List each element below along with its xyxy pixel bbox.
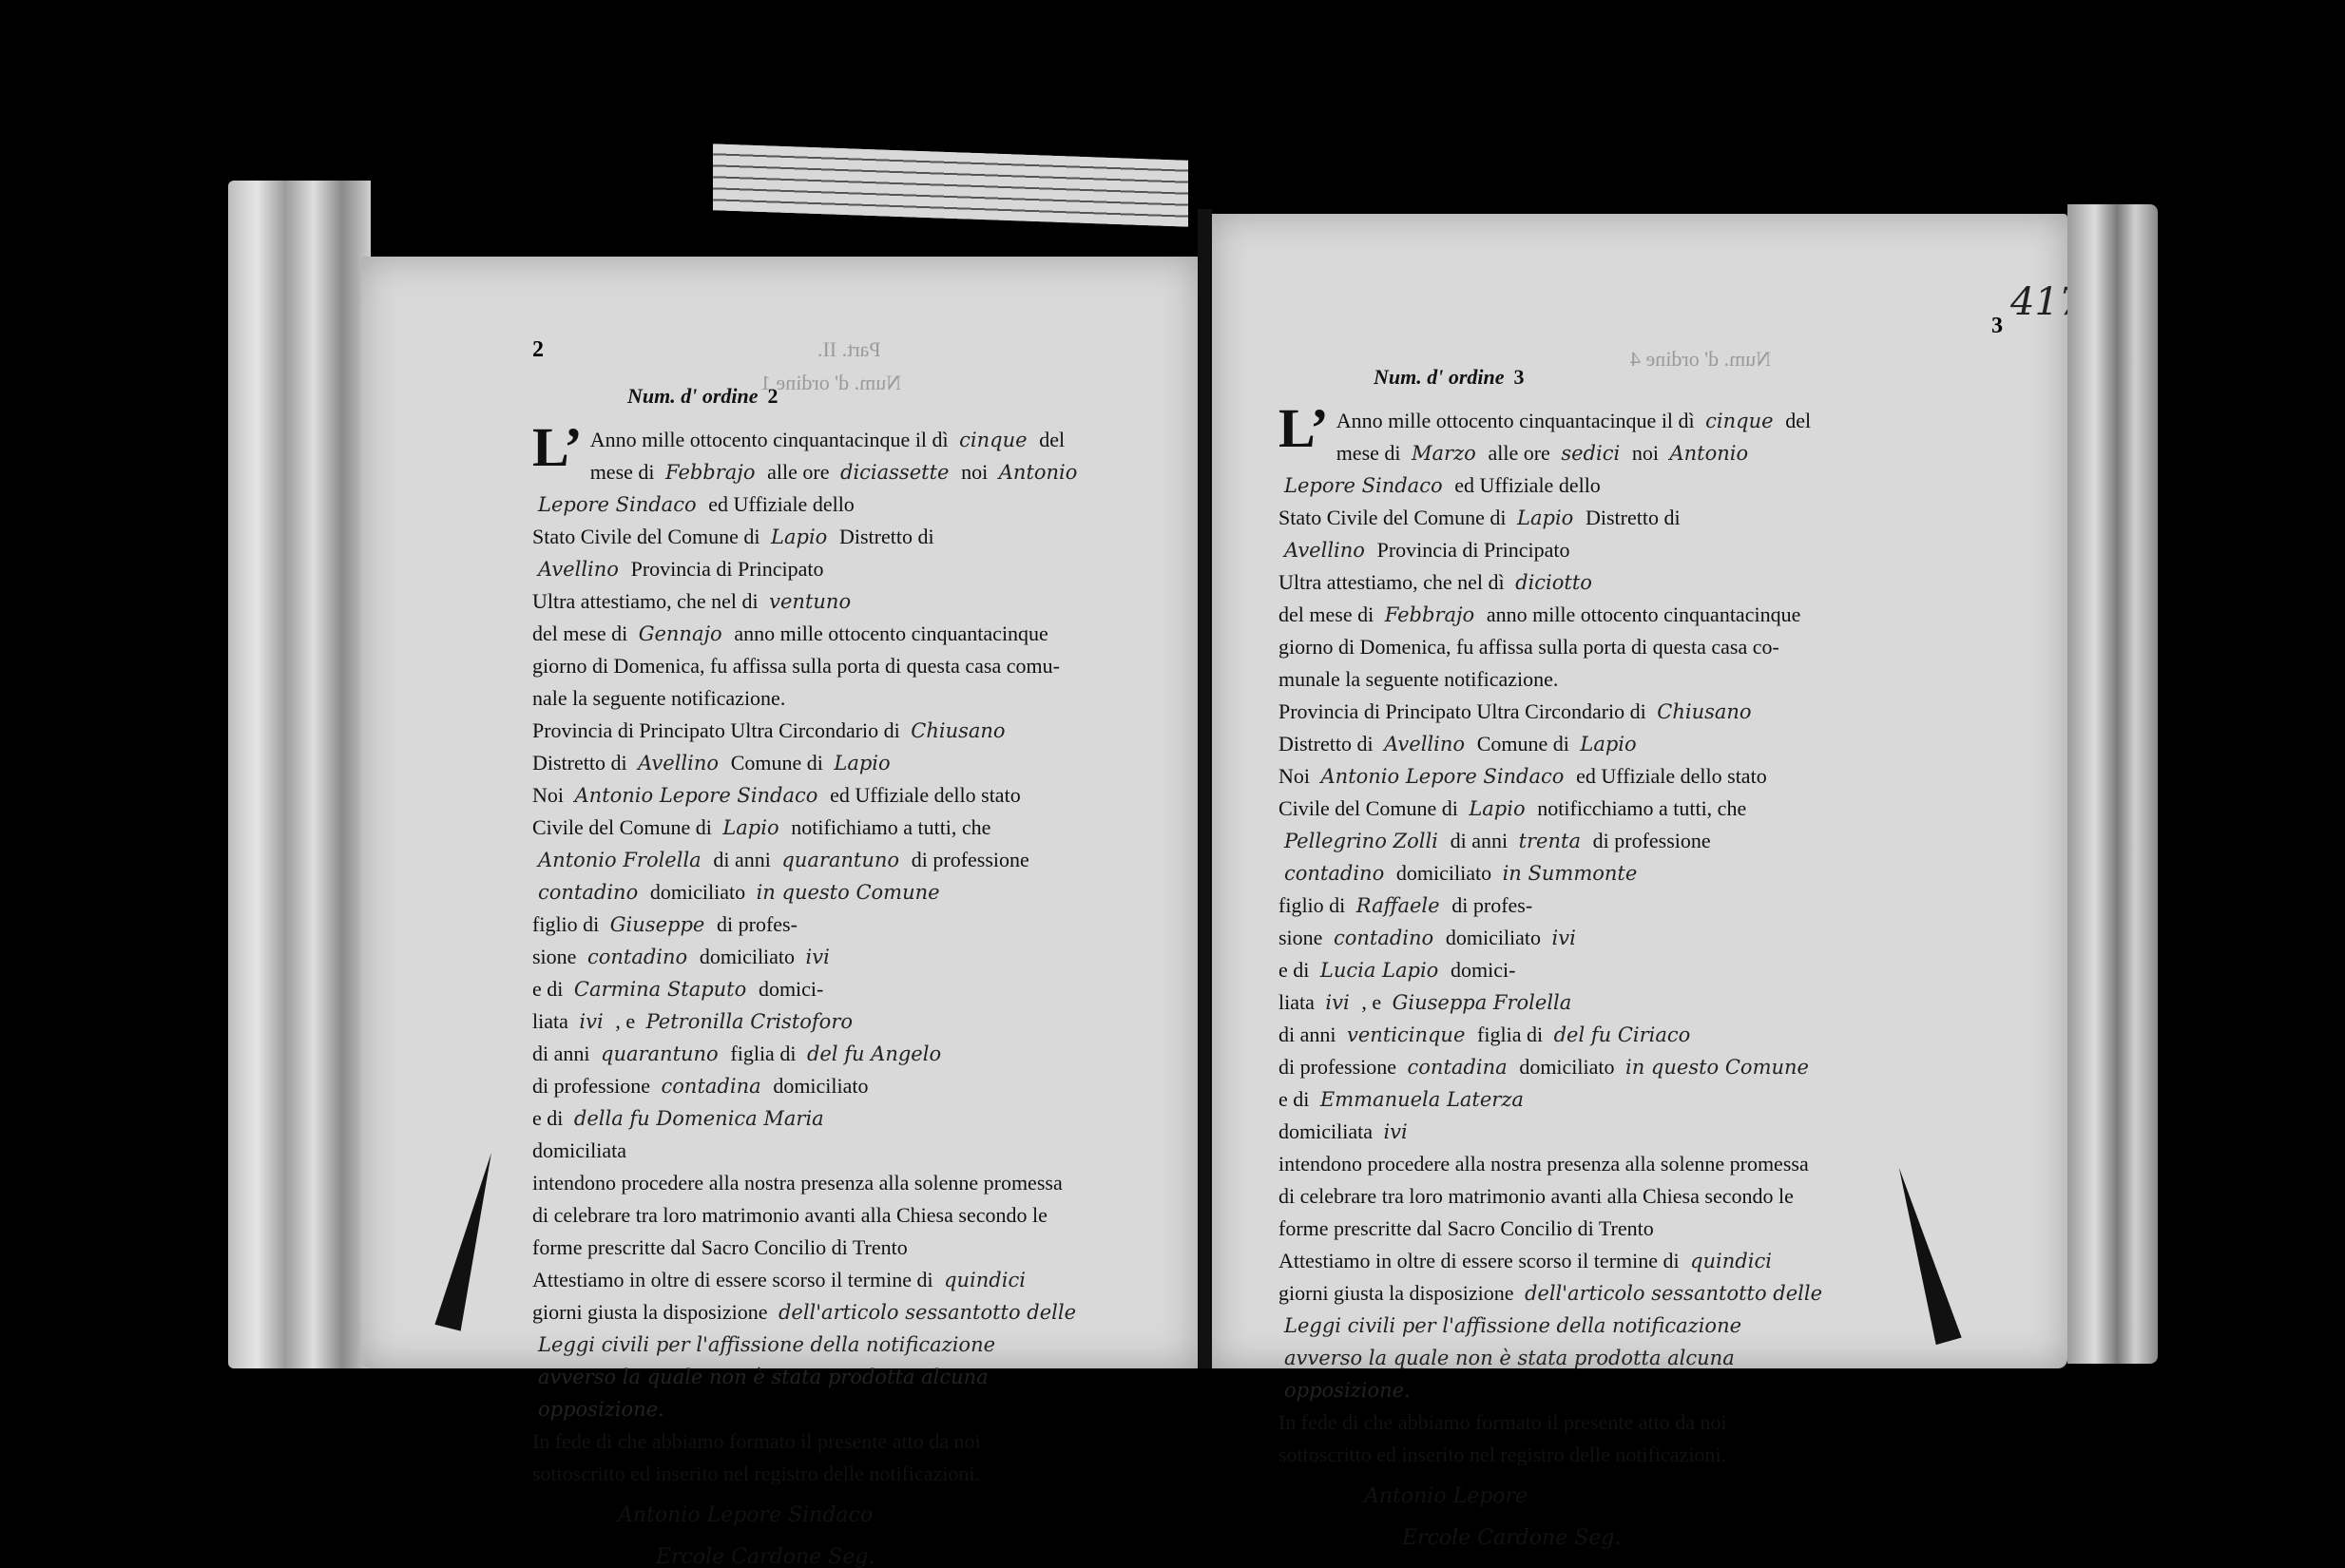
printed-text: e di bbox=[532, 977, 568, 1001]
handwritten-entry: Antonio bbox=[1663, 442, 1754, 465]
printed-text: giorno di Domenica, fu affissa sulla por… bbox=[532, 654, 1060, 678]
printed-text: giorni giusta la disposizione bbox=[532, 1300, 773, 1324]
record-line: sottoscritto ed inserito nel registro de… bbox=[1278, 1439, 1982, 1471]
handwritten-entry: Emmanuela Laterza bbox=[1315, 1088, 1529, 1111]
record-line: di professione contadina domiciliato in … bbox=[1278, 1051, 1982, 1083]
record-line: liata ivi , e Giuseppa Frolella bbox=[1278, 986, 1982, 1019]
printed-text: notifichiamo a tutti, che bbox=[791, 815, 990, 839]
printed-text: di anni bbox=[1278, 1023, 1341, 1046]
printed-text: figlia di bbox=[730, 1042, 801, 1065]
printed-text: domiciliato bbox=[1396, 861, 1497, 885]
record-line: Provincia di Principato Ultra Circondari… bbox=[532, 715, 1198, 747]
printed-text: domici- bbox=[759, 977, 823, 1001]
handwritten-entry: diciassette bbox=[835, 461, 961, 484]
handwritten-entry: Lucia Lapio bbox=[1315, 959, 1451, 982]
handwritten-entry: avverso la quale non è stata prodotta al… bbox=[532, 1366, 994, 1388]
printed-text: Distretto di bbox=[1278, 732, 1378, 755]
handwritten-entry: Lepore Sindaco bbox=[1278, 474, 1454, 497]
printed-text: , e bbox=[615, 1009, 640, 1033]
handwritten-entry: Lapio bbox=[828, 752, 895, 774]
printed-text: alle ore bbox=[767, 460, 835, 484]
handwritten-entry: venticinque bbox=[1341, 1023, 1477, 1046]
record-lines: Anno mille ottocento cinquantacinque il … bbox=[1278, 405, 1982, 1471]
record-line: giorno di Domenica, fu affissa sulla por… bbox=[532, 650, 1198, 682]
printed-text: Noi bbox=[532, 783, 569, 807]
record-line: di celebrare tra loro matrimonio avanti … bbox=[532, 1199, 1198, 1232]
printed-text: e di bbox=[532, 1106, 568, 1130]
record-line: mese di Febbrajo alle ore diciassette no… bbox=[532, 456, 1198, 488]
record-line: figlio di Giuseppe di profes- bbox=[532, 908, 1198, 941]
record-line: contadino domiciliato in questo Comune bbox=[532, 876, 1198, 908]
printed-text: di professione bbox=[1593, 829, 1711, 852]
handwritten-entry: Febbrajo bbox=[1379, 603, 1487, 626]
handwritten-entry: ivi bbox=[573, 1010, 615, 1033]
printed-text: Provincia di Principato bbox=[631, 557, 824, 581]
printed-text: noi bbox=[961, 460, 993, 484]
printed-text: Stato Civile del Comune di bbox=[1278, 506, 1511, 529]
ordine-label: Num. d' ordine bbox=[627, 384, 759, 408]
record-line: e di Emmanuela Laterza bbox=[1278, 1083, 1982, 1116]
handwritten-entry: ivi bbox=[1377, 1120, 1413, 1143]
printed-text: anno mille ottocento cinquantacinque bbox=[734, 621, 1048, 645]
record-line: Provincia di Principato Ultra Circondari… bbox=[1278, 696, 1982, 728]
record-line: e di Carmina Staputo domici- bbox=[532, 973, 1198, 1005]
printed-text: di professione bbox=[912, 848, 1029, 871]
ordine-number: 2 bbox=[768, 384, 778, 408]
handwritten-entry: Lapio bbox=[765, 526, 839, 548]
handwritten-entry: della fu Domenica Maria bbox=[568, 1107, 830, 1130]
record-line: Stato Civile del Comune di Lapio Distret… bbox=[532, 521, 1198, 553]
printed-text: notificchiamo a tutti, che bbox=[1537, 796, 1746, 820]
record-line: giorni giusta la disposizione dell'artic… bbox=[1278, 1277, 1982, 1310]
record-line: di anni quarantuno figlia di del fu Ange… bbox=[532, 1038, 1198, 1070]
handwritten-entry: Chiusano bbox=[1651, 700, 1757, 723]
printed-text: Circondario di bbox=[1525, 699, 1651, 723]
printed-text: liata bbox=[1278, 990, 1319, 1014]
handwritten-entry: ivi bbox=[800, 946, 836, 968]
mayor-signature: Antonio Lepore bbox=[1278, 1481, 1982, 1513]
printed-text: domiciliato bbox=[700, 945, 800, 968]
printed-text: di profes- bbox=[717, 912, 798, 936]
handwritten-entry: diciotto bbox=[1509, 571, 1598, 594]
printed-text: giorno di Domenica, fu affissa sulla por… bbox=[1278, 635, 1779, 659]
printed-text: Attestiamo in oltre di essere scorso il … bbox=[1278, 1249, 1684, 1272]
record-line: Lepore Sindaco ed Uffiziale dello bbox=[1278, 469, 1982, 502]
record-line: domiciliata ivi bbox=[1278, 1116, 1982, 1148]
record-line: domiciliata bbox=[532, 1135, 1198, 1167]
record-line: mese di Marzo alle ore sedici noi Antoni… bbox=[1278, 437, 1982, 469]
handwritten-entry: opposizione. bbox=[532, 1398, 670, 1421]
record-line: Attestiamo in oltre di essere scorso il … bbox=[1278, 1245, 1982, 1277]
handwritten-entry: del fu Ciriaco bbox=[1548, 1023, 1697, 1046]
record-line: intendono procedere alla nostra presenza… bbox=[1278, 1148, 1982, 1180]
printed-text: ed Uffiziale dello stato bbox=[1576, 764, 1767, 788]
record-line: sottoscritto ed inserito nel registro de… bbox=[532, 1458, 1198, 1490]
printed-text: di anni bbox=[713, 848, 776, 871]
record-line: Civile del Comune di Lapio notifichiamo … bbox=[532, 812, 1198, 844]
handwritten-entry: opposizione. bbox=[1278, 1379, 1416, 1402]
drop-cap: L’ bbox=[1278, 405, 1329, 452]
handwritten-entry: quindici bbox=[938, 1269, 1031, 1291]
record-line: sione contadino domiciliato ivi bbox=[532, 941, 1198, 973]
printed-text: di anni bbox=[532, 1042, 595, 1065]
printed-text: figlio di bbox=[532, 912, 605, 936]
printed-text: Circondario di bbox=[778, 718, 905, 742]
handwritten-entry: cinque bbox=[953, 429, 1039, 451]
printed-text: Attestiamo in oltre di essere scorso il … bbox=[532, 1268, 938, 1291]
handwritten-entry: trenta bbox=[1513, 830, 1593, 852]
record-line: sione contadino domiciliato ivi bbox=[1278, 922, 1982, 954]
printed-text: Noi bbox=[1278, 764, 1316, 788]
printed-text: figlia di bbox=[1477, 1023, 1548, 1046]
printed-text: figlio di bbox=[1278, 893, 1351, 917]
printed-text: , e bbox=[1361, 990, 1386, 1014]
printed-text: munale la seguente notificazione. bbox=[1278, 667, 1558, 691]
record-line: Noi Antonio Lepore Sindaco ed Uffiziale … bbox=[1278, 760, 1982, 793]
printed-text: di celebrare tra loro matrimonio avanti … bbox=[1278, 1184, 1794, 1208]
printed-text: di celebrare tra loro matrimonio avanti … bbox=[532, 1203, 1048, 1227]
handwritten-entry: Avellino bbox=[632, 752, 731, 774]
printed-text: del mese di bbox=[532, 621, 633, 645]
printed-text: liata bbox=[532, 1009, 573, 1033]
handwritten-entry: contadino bbox=[1328, 927, 1446, 949]
handwritten-entry: cinque bbox=[1700, 410, 1785, 432]
record-line: Lepore Sindaco ed Uffiziale dello bbox=[532, 488, 1198, 521]
printed-text: mese di bbox=[590, 460, 660, 484]
handwritten-entry: in questo Comune bbox=[1620, 1056, 1815, 1079]
printed-text: Civile del Comune di bbox=[1278, 796, 1463, 820]
printed-text: giorni giusta la disposizione bbox=[1278, 1281, 1519, 1305]
handwritten-entry: del fu Angelo bbox=[801, 1042, 947, 1065]
record-line: di professione contadina domiciliato bbox=[532, 1070, 1198, 1102]
handwritten-entry: quarantuno bbox=[776, 849, 911, 871]
right-page: 3 Num. d' ordine 4 417 Num. d' ordine3 L… bbox=[1212, 214, 2067, 1368]
page-clip bbox=[434, 1149, 504, 1330]
handwritten-entry: Carmina Staputo bbox=[568, 978, 759, 1001]
printed-text: domiciliata bbox=[532, 1138, 626, 1162]
printed-text: intendono procedere alla nostra presenza… bbox=[1278, 1152, 1809, 1176]
printed-text: e di bbox=[1278, 958, 1315, 982]
handwritten-entry: quarantuno bbox=[595, 1042, 730, 1065]
printed-text: Provincia di Principato Ultra bbox=[532, 718, 778, 742]
record-line: avverso la quale non è stata prodotta al… bbox=[532, 1361, 1198, 1393]
handwritten-entry: Giuseppa Frolella bbox=[1387, 991, 1578, 1014]
open-register-book: 2 Part. II. Num. d' ordine 1 Num. d' ord… bbox=[228, 152, 2158, 1378]
record-line: In fede di che abbiamo formato il presen… bbox=[532, 1425, 1198, 1458]
printed-text: del mese di bbox=[1278, 602, 1379, 626]
printed-text: mese di bbox=[1336, 441, 1406, 465]
drop-cap: L’ bbox=[532, 424, 583, 471]
record-line: forme prescritte dal Sacro Concilio di T… bbox=[532, 1232, 1198, 1264]
printed-text: anno mille ottocento cinquantacinque bbox=[1487, 602, 1801, 626]
printed-text: ed Uffiziale dello bbox=[708, 492, 855, 516]
ordine-number: 3 bbox=[1514, 365, 1525, 389]
record-line: Ultra attestiamo, che nel di ventuno bbox=[532, 585, 1198, 618]
handwritten-entry: Antonio bbox=[993, 461, 1084, 484]
record-line: Avellino Provincia di Principato bbox=[1278, 534, 1982, 566]
printed-text: Distretto di bbox=[839, 525, 934, 548]
secretary-signature: Ercole Cardone Seg. bbox=[1278, 1522, 1982, 1555]
printed-text: Comune di bbox=[1477, 732, 1575, 755]
handwritten-entry: Febbrajo bbox=[660, 461, 767, 484]
left-page-edges bbox=[228, 181, 371, 1368]
record-line: Leggi civili per l'affissione della noti… bbox=[532, 1329, 1198, 1361]
record-line: opposizione. bbox=[532, 1393, 1198, 1425]
record-line: In fede di che abbiamo formato il presen… bbox=[1278, 1406, 1982, 1439]
record-line: Avellino Provincia di Principato bbox=[532, 553, 1198, 585]
handwritten-entry: Lapio bbox=[1463, 797, 1537, 820]
record-lines: Anno mille ottocento cinquantacinque il … bbox=[532, 424, 1198, 1490]
record-line: nale la seguente notificazione. bbox=[532, 682, 1198, 715]
handwritten-entry: avverso la quale non è stata prodotta al… bbox=[1278, 1347, 1740, 1369]
printed-text: e di bbox=[1278, 1087, 1315, 1111]
printed-text: domici- bbox=[1451, 958, 1515, 982]
handwritten-entry: contadino bbox=[582, 946, 700, 968]
printed-text: di anni bbox=[1451, 829, 1513, 852]
printed-text: sottoscritto ed inserito nel registro de… bbox=[1278, 1443, 1726, 1466]
printed-text: noi bbox=[1632, 441, 1664, 465]
record-line: Leggi civili per l'affissione della noti… bbox=[1278, 1310, 1982, 1342]
handwritten-entry: Gennajo bbox=[633, 622, 735, 645]
printed-text: domiciliato bbox=[650, 880, 751, 904]
handwritten-entry: Giuseppe bbox=[605, 913, 717, 936]
record-line: Stato Civile del Comune di Lapio Distret… bbox=[1278, 502, 1982, 534]
handwritten-entry: Raffaele bbox=[1351, 894, 1451, 917]
handwritten-entry: Antonio Lepore Sindaco bbox=[569, 784, 831, 807]
record-line: forme prescritte dal Sacro Concilio di T… bbox=[1278, 1213, 1982, 1245]
page-number: 2 bbox=[532, 337, 544, 363]
record-line: avverso la quale non è stata prodotta al… bbox=[1278, 1342, 1982, 1374]
printed-text: Anno mille ottocento cinquantacinque il … bbox=[590, 428, 953, 451]
handwritten-entry: dell'articolo sessantotto delle bbox=[1519, 1282, 1828, 1305]
printed-text: di profes- bbox=[1451, 893, 1532, 917]
left-record-text: Num. d' ordine2 L’ Anno mille ottocento … bbox=[532, 380, 1198, 1568]
record-line: di celebrare tra loro matrimonio avanti … bbox=[1278, 1180, 1982, 1213]
left-page: 2 Part. II. Num. d' ordine 1 Num. d' ord… bbox=[361, 257, 1198, 1368]
handwritten-entry: Lapio bbox=[1574, 733, 1642, 755]
record-line: e di Lucia Lapio domici- bbox=[1278, 954, 1982, 986]
right-record-text: Num. d' ordine3 L’ Anno mille ottocento … bbox=[1278, 361, 1982, 1555]
handwritten-entry: ivi bbox=[1319, 991, 1361, 1014]
printed-text: Ultra attestiamo, che nel di bbox=[532, 589, 763, 613]
printed-text: Civile del Comune di bbox=[532, 815, 717, 839]
handwritten-entry: ivi bbox=[1547, 927, 1582, 949]
record-line: Antonio Frolella di anni quarantuno di p… bbox=[532, 844, 1198, 876]
printed-text: Stato Civile del Comune di bbox=[532, 525, 765, 548]
printed-text: alle ore bbox=[1488, 441, 1555, 465]
printed-text: domiciliato bbox=[773, 1074, 868, 1098]
printed-text: sione bbox=[532, 945, 582, 968]
record-line: Distretto di Avellino Comune di Lapio bbox=[532, 747, 1198, 779]
printed-text: Provincia di Principato Ultra bbox=[1278, 699, 1525, 723]
right-page-edges bbox=[2067, 204, 2158, 1364]
printed-text: forme prescritte dal Sacro Concilio di T… bbox=[532, 1235, 908, 1259]
record-line: giorno di Domenica, fu affissa sulla por… bbox=[1278, 631, 1982, 663]
handwritten-entry: dell'articolo sessantotto delle bbox=[773, 1301, 1082, 1324]
record-line: Noi Antonio Lepore Sindaco ed Uffiziale … bbox=[532, 779, 1198, 812]
printed-text: ed Uffiziale dello bbox=[1454, 473, 1601, 497]
handwritten-entry: Marzo bbox=[1406, 442, 1488, 465]
printed-text: domiciliata bbox=[1278, 1119, 1377, 1143]
secretary-signature: Ercole Cardone Seg. bbox=[532, 1541, 1198, 1568]
ordine-label: Num. d' ordine bbox=[1374, 365, 1505, 389]
printed-text: nale la seguente notificazione. bbox=[532, 686, 785, 710]
record-line: contadino domiciliato in Summonte bbox=[1278, 857, 1982, 889]
record-line: figlio di Raffaele di profes- bbox=[1278, 889, 1982, 922]
handwritten-entry: Leggi civili per l'affissione della noti… bbox=[532, 1333, 1001, 1356]
printed-text: del bbox=[1039, 428, 1065, 451]
printed-text: Provincia di Principato bbox=[1377, 538, 1570, 562]
page-number: 3 bbox=[1991, 314, 2003, 339]
handwritten-entry: Petronilla Cristoforo bbox=[641, 1010, 858, 1033]
handwritten-entry: Chiusano bbox=[905, 719, 1010, 742]
book-spine bbox=[1198, 209, 1212, 1368]
ordine-heading: Num. d' ordine3 bbox=[1374, 361, 1982, 393]
printed-text: Anno mille ottocento cinquantacinque il … bbox=[1336, 409, 1700, 432]
handwritten-entry: in Summonte bbox=[1497, 862, 1643, 885]
printed-text: domiciliato bbox=[1446, 926, 1547, 949]
handwritten-entry: quindici bbox=[1684, 1250, 1778, 1272]
record-line: opposizione. bbox=[1278, 1374, 1982, 1406]
record-line: Ultra attestiamo, che nel dì diciotto bbox=[1278, 566, 1982, 599]
handwritten-entry: contadina bbox=[656, 1075, 774, 1098]
handwritten-entry: Leggi civili per l'affissione della noti… bbox=[1278, 1314, 1747, 1337]
handwritten-entry: Lepore Sindaco bbox=[532, 493, 708, 516]
printed-text: In fede di che abbiamo formato il presen… bbox=[1278, 1410, 1727, 1434]
printed-text: Ultra attestiamo, che nel dì bbox=[1278, 570, 1509, 594]
printed-text: ed Uffiziale dello stato bbox=[830, 783, 1021, 807]
record-line: liata ivi , e Petronilla Cristoforo bbox=[532, 1005, 1198, 1038]
record-line: Distretto di Avellino Comune di Lapio bbox=[1278, 728, 1982, 760]
record-line: di anni venticinque figlia di del fu Cir… bbox=[1278, 1019, 1982, 1051]
record-line: Anno mille ottocento cinquantacinque il … bbox=[532, 424, 1198, 456]
handwritten-entry: Avellino bbox=[532, 558, 631, 581]
handwritten-entry: contadino bbox=[1278, 862, 1396, 885]
printed-text: intendono procedere alla nostra presenza… bbox=[532, 1171, 1063, 1195]
handwritten-entry: ventuno bbox=[763, 590, 856, 613]
record-line: del mese di Gennajo anno mille ottocento… bbox=[532, 618, 1198, 650]
handwritten-entry: Lapio bbox=[717, 816, 791, 839]
printed-text: di professione bbox=[1278, 1055, 1402, 1079]
printed-text: Distretto di bbox=[1586, 506, 1681, 529]
printed-text: Distretto di bbox=[532, 751, 632, 774]
handwritten-entry: Antonio Lepore Sindaco bbox=[1316, 765, 1577, 788]
record-line: Pellegrino Zolli di anni trenta di profe… bbox=[1278, 825, 1982, 857]
bleed-through-header: Part. II. bbox=[817, 337, 881, 362]
record-line: intendono procedere alla nostra presenza… bbox=[532, 1167, 1198, 1199]
handwritten-entry: Lapio bbox=[1511, 507, 1586, 529]
record-line: Anno mille ottocento cinquantacinque il … bbox=[1278, 405, 1982, 437]
handwritten-entry: sedici bbox=[1555, 442, 1632, 465]
ordine-heading: Num. d' ordine2 bbox=[627, 380, 1198, 412]
record-line: e di della fu Domenica Maria bbox=[532, 1102, 1198, 1135]
record-line: Attestiamo in oltre di essere scorso il … bbox=[532, 1264, 1198, 1296]
handwritten-entry: Antonio Frolella bbox=[532, 849, 713, 871]
handwritten-entry: contadina bbox=[1402, 1056, 1520, 1079]
record-line: Civile del Comune di Lapio notificchiamo… bbox=[1278, 793, 1982, 825]
printed-text: In fede di che abbiamo formato il presen… bbox=[532, 1429, 981, 1453]
handwritten-entry: Avellino bbox=[1378, 733, 1477, 755]
printed-text: Comune di bbox=[731, 751, 829, 774]
handwritten-entry: contadino bbox=[532, 881, 650, 904]
printed-text: domiciliato bbox=[1519, 1055, 1620, 1079]
record-line: munale la seguente notificazione. bbox=[1278, 663, 1982, 696]
printed-text: del bbox=[1785, 409, 1811, 432]
mayor-signature: Antonio Lepore Sindaco bbox=[532, 1500, 1198, 1532]
printed-text: sione bbox=[1278, 926, 1328, 949]
record-line: del mese di Febbrajo anno mille ottocent… bbox=[1278, 599, 1982, 631]
handwritten-entry: Pellegrino Zolli bbox=[1278, 830, 1451, 852]
printed-text: forme prescritte dal Sacro Concilio di T… bbox=[1278, 1216, 1654, 1240]
printed-text: sottoscritto ed inserito nel registro de… bbox=[532, 1462, 980, 1485]
handwritten-entry: in questo Comune bbox=[751, 881, 946, 904]
printed-text: di professione bbox=[532, 1074, 656, 1098]
top-page-edges bbox=[713, 143, 1188, 226]
record-line: giorni giusta la disposizione dell'artic… bbox=[532, 1296, 1198, 1329]
handwritten-entry: Avellino bbox=[1278, 539, 1377, 562]
